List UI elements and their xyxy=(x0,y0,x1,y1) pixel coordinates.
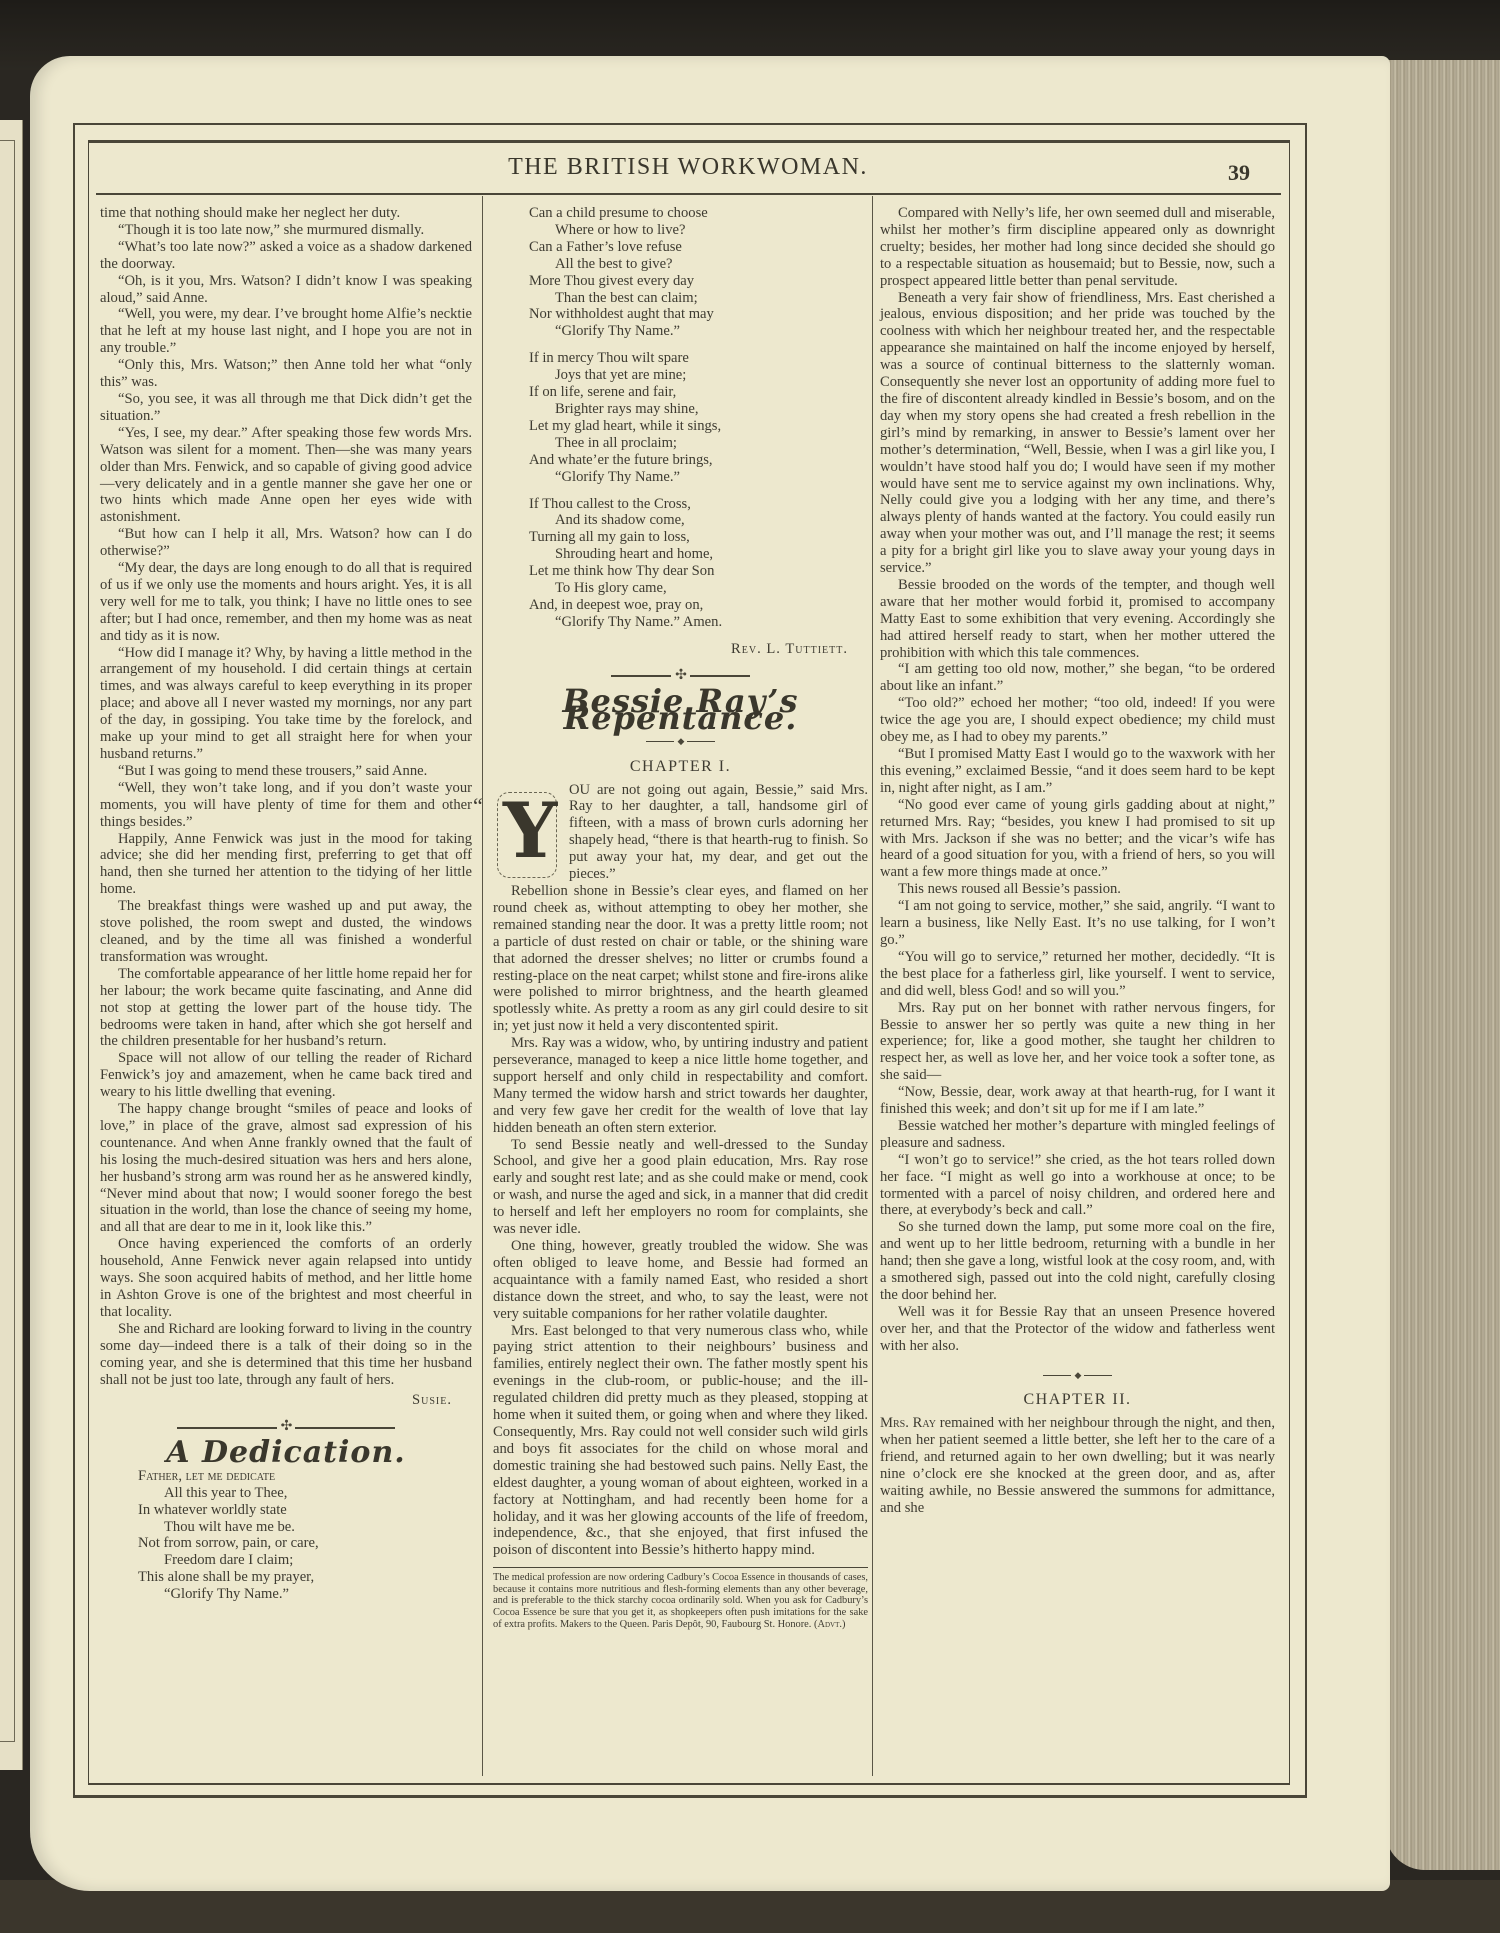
poem-line: All this year to Thee, xyxy=(138,1485,472,1502)
header-rule xyxy=(96,193,1281,195)
paragraph: “Well, they won’t take long, and if you … xyxy=(100,780,472,831)
poem-line: Where or how to live? xyxy=(529,222,868,239)
poem-line: “Glorify Thy Name.” xyxy=(138,1586,472,1603)
paragraph: “Yes, I see, my dear.” After speaking th… xyxy=(100,425,472,526)
poem-line: Turning all my gain to loss, xyxy=(529,529,868,546)
poem-line: “Glorify Thy Name.” xyxy=(529,323,868,340)
column-1: time that nothing should make her neglec… xyxy=(100,205,472,1613)
opening-quote-mark: “ xyxy=(473,798,483,815)
poem-line: And, in deepest woe, pray on, xyxy=(529,597,868,614)
poem-stanza: If Thou callest to the Cross,And its sha… xyxy=(529,496,868,631)
paragraph: Compared with Nelly’s life, her own seem… xyxy=(880,205,1275,290)
poem-line: Freedom dare I claim; xyxy=(138,1552,472,1569)
poem-line: Let me think how Thy dear Son xyxy=(529,563,868,580)
paragraph: The happy change brought “smiles of peac… xyxy=(100,1101,472,1236)
paragraph: “But how can I help it all, Mrs. Watson?… xyxy=(100,526,472,560)
paragraph: “But I promised Matty East I would go to… xyxy=(880,746,1275,797)
divider-rule xyxy=(690,675,750,677)
poem-line: Thee in all proclaim; xyxy=(529,435,868,452)
paragraph: “Too old?” echoed her mother; “too old, … xyxy=(880,695,1275,746)
chapter-2-lead: Mrs. Ray xyxy=(880,1415,936,1431)
paragraph: This news roused all Bessie’s passion. xyxy=(880,881,1275,898)
advert-text: The medical profession are now ordering … xyxy=(493,1572,868,1629)
paragraph: “I am not going to service, mother,” she… xyxy=(880,898,1275,949)
poem-line: Joys that yet are mine; xyxy=(529,367,868,384)
paragraph: time that nothing should make her neglec… xyxy=(100,205,472,222)
paragraph: Space will not allow of our telling the … xyxy=(100,1050,472,1101)
poem-line: Than the best can claim; xyxy=(529,290,868,307)
paragraph: The breakfast things were washed up and … xyxy=(100,898,472,966)
poem-line: “Glorify Thy Name.” xyxy=(529,469,868,486)
poem-line: In whatever worldly state xyxy=(138,1502,472,1519)
paragraph: “Though it is too late now,” she murmure… xyxy=(100,222,472,239)
divider-ornament-icon: ◆ xyxy=(1075,1367,1081,1384)
paragraph: “Now, Bessie, dear, work away at that he… xyxy=(880,1084,1275,1118)
divider-rule xyxy=(1084,1375,1112,1376)
paragraph: “You will go to service,” returned her m… xyxy=(880,949,1275,1000)
poem-line: This alone shall be my prayer, xyxy=(138,1569,472,1586)
opening-paragraph: “ Y OU are not going out again, Bessie,”… xyxy=(493,782,868,883)
divider-rule xyxy=(646,741,674,742)
story-title: Bessie Ray’s Repentance. xyxy=(493,693,868,727)
paragraph: “Oh, is it you, Mrs. Watson? I didn’t kn… xyxy=(100,273,472,307)
poem-line: To His glory came, xyxy=(529,580,868,597)
paragraph: One thing, however, greatly troubled the… xyxy=(493,1238,868,1323)
chapter-2-text: remained with her neighbour through the … xyxy=(880,1415,1275,1516)
paragraph: “What’s too late now?” asked a voice as … xyxy=(100,239,472,273)
poem-line: If Thou callest to the Cross, xyxy=(529,496,868,513)
poem-line: Father, let me dedicate xyxy=(138,1468,472,1485)
paragraph: “But I was going to mend these trousers,… xyxy=(100,763,472,780)
poem-stanza: Can a child presume to chooseWhere or ho… xyxy=(529,205,868,340)
paragraph: Rebellion shone in Bessie’s clear eyes, … xyxy=(493,883,868,1035)
poem-stanza: If in mercy Thou wilt spareJoys that yet… xyxy=(529,350,868,485)
column-3: Compared with Nelly’s life, her own seem… xyxy=(880,205,1275,1517)
paragraph: “Well, you were, my dear. I’ve brought h… xyxy=(100,306,472,357)
story-conclusion: time that nothing should make her neglec… xyxy=(100,205,472,1388)
poem-line: If in mercy Thou wilt spare xyxy=(529,350,868,367)
poem-line: Not from sorrow, pain, or care, xyxy=(138,1535,472,1552)
column-divider-2 xyxy=(872,196,873,1776)
dedication-poem-continued: Can a child presume to chooseWhere or ho… xyxy=(493,205,868,631)
drop-cap-letter: Y xyxy=(503,786,557,876)
running-head: THE BRITISH WORKWOMAN. 39 xyxy=(88,150,1288,190)
dedication-poem: Father, let me dedicateAll this year to … xyxy=(138,1468,472,1603)
poem-line: Can a Father’s love refuse xyxy=(529,239,868,256)
paragraph: “How did I manage it? Why, by having a l… xyxy=(100,645,472,763)
paragraph: “No good ever came of young girls gaddin… xyxy=(880,797,1275,882)
poem-line: “Glorify Thy Name.” Amen. xyxy=(529,614,868,631)
poem-line: Shrouding heart and home, xyxy=(529,546,868,563)
paragraph: She and Richard are looking forward to l… xyxy=(100,1321,472,1389)
divider-rule xyxy=(1043,1375,1071,1376)
paragraph: “I am getting too old now, mother,” she … xyxy=(880,661,1275,695)
chapter-2-opening: Mrs. Ray remained with her neighbour thr… xyxy=(880,1415,1275,1516)
chapter-1-body: Rebellion shone in Bessie’s clear eyes, … xyxy=(493,883,868,1559)
poem-line: And its shadow come, xyxy=(529,512,868,529)
poem-author: Rev. L. Tuttiett. xyxy=(493,641,848,658)
chapter-heading: CHAPTER II. xyxy=(880,1392,1275,1409)
chapter-divider: ◆ xyxy=(880,1367,1275,1385)
poem-line: Brighter rays may shine, xyxy=(529,401,868,418)
paragraph: Mrs. Ray put on her bonnet with rather n… xyxy=(880,1000,1275,1085)
poem-line: Can a child presume to choose xyxy=(529,205,868,222)
poem-line: Thou wilt have me be. xyxy=(138,1519,472,1536)
facing-page-edge xyxy=(0,120,23,1770)
divider-rule xyxy=(687,741,715,742)
poem-line: All the best to give? xyxy=(529,256,868,273)
paragraph: Bessie brooded on the words of the tempt… xyxy=(880,577,1275,662)
page-number: 39 xyxy=(1228,160,1250,186)
chapter-1-continued: Compared with Nelly’s life, her own seem… xyxy=(880,205,1275,1355)
poem-title: A Dedication. xyxy=(100,1445,472,1462)
drop-cap: “ Y xyxy=(489,782,561,882)
paragraph: “Only this, Mrs. Watson;” then Anne told… xyxy=(100,357,472,391)
poem-line: Nor withholdest aught that may xyxy=(529,306,868,323)
poem-line: If on life, serene and fair, xyxy=(529,384,868,401)
paragraph: Well was it for Bessie Ray that an unsee… xyxy=(880,1304,1275,1355)
title-divider: ◆ xyxy=(493,733,868,751)
paragraph: Mrs. East belonged to that very numerous… xyxy=(493,1323,868,1560)
paragraph: So she turned down the lamp, put some mo… xyxy=(880,1219,1275,1304)
paragraph: “I won’t go to service!” she cried, as t… xyxy=(880,1152,1275,1220)
paragraph: Happily, Anne Fenwick was just in the mo… xyxy=(100,831,472,899)
facing-page-frame xyxy=(0,140,15,1742)
paragraph: Bessie watched her mother’s departure wi… xyxy=(880,1118,1275,1152)
paragraph: Once having experienced the comforts of … xyxy=(100,1236,472,1321)
advert-tag: (Advt.) xyxy=(814,1619,845,1630)
column-divider-1 xyxy=(482,196,483,1776)
divider-ornament-icon: ◆ xyxy=(678,733,684,750)
paragraph: Mrs. Ray was a widow, who, by untiring i… xyxy=(493,1035,868,1136)
paragraph: Beneath a very fair show of friendliness… xyxy=(880,290,1275,577)
poem-line: And whate’er the future brings, xyxy=(529,452,868,469)
paragraph: “So, you see, it was all through me that… xyxy=(100,391,472,425)
paragraph: “My dear, the days are long enough to do… xyxy=(100,560,472,645)
divider-rule xyxy=(177,1427,277,1429)
poem-line: More Thou givest every day xyxy=(529,273,868,290)
divider-ornament-icon: ✣ xyxy=(281,1419,292,1436)
divider-rule xyxy=(295,1427,395,1429)
paragraph: To send Bessie neatly and well-dressed t… xyxy=(493,1137,868,1238)
cadbury-advert: The medical profession are now ordering … xyxy=(493,1567,868,1630)
divider-rule xyxy=(611,675,671,677)
masthead: THE BRITISH WORKWOMAN. xyxy=(88,154,1288,181)
column-2: Can a child presume to chooseWhere or ho… xyxy=(493,205,868,1630)
chapter-heading: CHAPTER I. xyxy=(493,759,868,776)
author-signature: Susie. xyxy=(100,1392,452,1409)
poem-line: Let my glad heart, while it sings, xyxy=(529,418,868,435)
paragraph: The comfortable appearance of her little… xyxy=(100,966,472,1051)
page-stack-edge xyxy=(1385,60,1500,1870)
